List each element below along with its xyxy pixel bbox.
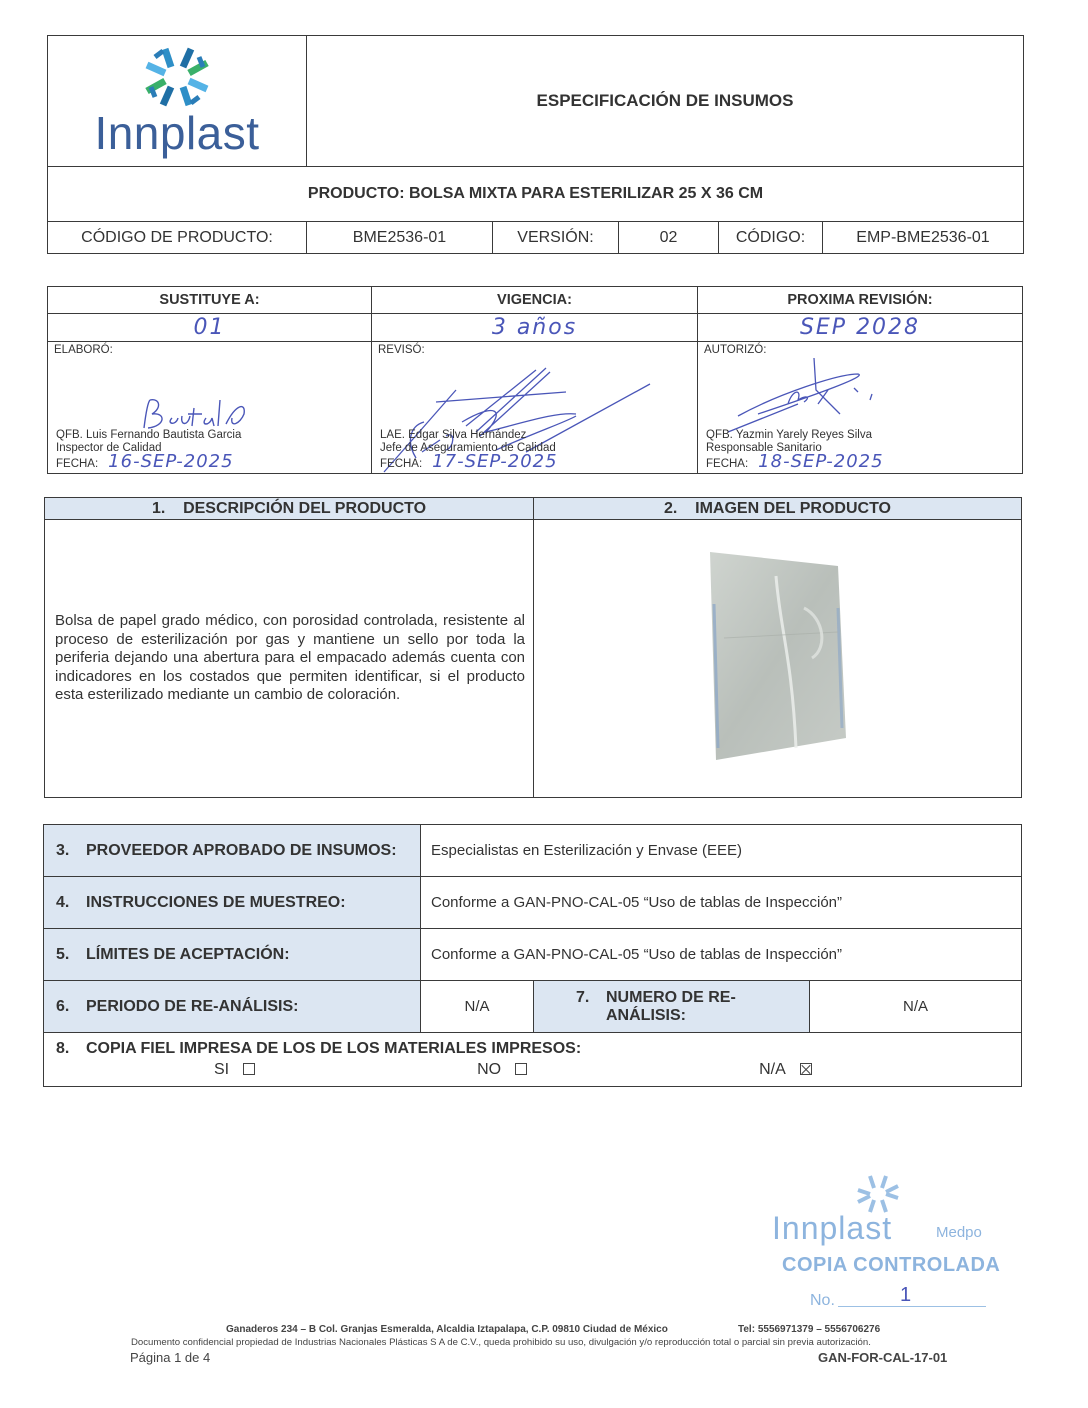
sampling-value: Conforme a GAN-PNO-CAL-05 “Uso de tablas… xyxy=(421,877,1022,929)
faithful-copy-options: SI NO N/A xyxy=(86,1061,1021,1079)
product-code-label: CÓDIGO DE PRODUCTO: xyxy=(48,222,307,254)
reanalysis-period-label: 6.PERIODO DE RE-ANÁLISIS: xyxy=(44,981,421,1033)
checkbox-na-checked[interactable] xyxy=(800,1063,812,1075)
footer-confidential: Documento confidencial propiedad de Indu… xyxy=(131,1337,871,1348)
supplier-value: Especialistas en Esterilización y Envase… xyxy=(421,825,1022,877)
option-na[interactable]: N/A xyxy=(759,1061,812,1079)
signer-name: QFB. Luis Fernando Bautista Garcia xyxy=(56,429,241,442)
snowflake-stamp-icon xyxy=(856,1174,900,1214)
stamp-number-value: 1 xyxy=(900,1284,911,1307)
limits-label: 5.LÍMITES DE ACEPTACIÓN: xyxy=(44,929,421,981)
validity-header: VIGENCIA: xyxy=(372,287,698,314)
reanalysis-number-value: N/A xyxy=(810,981,1022,1033)
description-header: 1. DESCRIPCIÓN DEL PRODUCTO xyxy=(45,498,534,520)
signed-date: 18-SEP-2025 xyxy=(758,451,883,472)
stamp-number-line xyxy=(838,1306,986,1307)
role-label: ELABORÓ: xyxy=(54,344,365,356)
approvals-table: SUSTITUYE A: VIGENCIA: PROXIMA REVISIÓN:… xyxy=(47,286,1023,474)
footer-address: Ganaderos 234 – B Col. Granjas Esmeralda… xyxy=(226,1324,668,1335)
date-label: FECHA: xyxy=(56,458,98,470)
controlled-copy-stamp: Innplast Medpo COPIA CONTROLADA No. 1 xyxy=(770,1172,1030,1320)
reanalysis-number-label: 7.NUMERO DE RE-ANÁLISIS: xyxy=(534,981,810,1033)
logo-cell: Innplast xyxy=(48,36,307,167)
product-photo xyxy=(704,548,854,770)
description-image-table: 1. DESCRIPCIÓN DEL PRODUCTO 2. IMAGEN DE… xyxy=(44,497,1022,798)
footer-phone: Tel: 5556971379 – 5556706276 xyxy=(738,1324,880,1335)
next-review-header: PROXIMA REVISIÓN: xyxy=(698,287,1023,314)
logo-wordmark: Innplast xyxy=(94,110,259,156)
signed-date: 17-SEP-2025 xyxy=(432,451,557,472)
form-code: GAN-FOR-CAL-17-01 xyxy=(818,1350,947,1365)
specification-table: 3.PROVEEDOR APROBADO DE INSUMOS: Especia… xyxy=(43,824,1022,1087)
stamp-partner: Medpo xyxy=(936,1224,982,1241)
version-label: VERSIÓN: xyxy=(493,222,619,254)
signer-elaboro: ELABORÓ: QFB. Luis Fernando Bautista Gar… xyxy=(48,342,372,474)
signature-icon xyxy=(718,354,898,434)
signer-name: QFB. Yazmin Yarely Reyes Silva xyxy=(706,429,884,442)
checkbox-si[interactable] xyxy=(243,1063,255,1075)
snowflake-logo-icon xyxy=(142,46,212,108)
product-name: PRODUCTO: BOLSA MIXTA PARA ESTERILIZAR 2… xyxy=(48,167,1024,222)
limits-value: Conforme a GAN-PNO-CAL-05 “Uso de tablas… xyxy=(421,929,1022,981)
signer-reviso: REVISÓ: LAE. Edgar Silva Hernández Jefe … xyxy=(372,342,698,474)
signed-date: 16-SEP-2025 xyxy=(108,451,233,472)
checkbox-no[interactable] xyxy=(515,1063,527,1075)
stamp-number-label: No. xyxy=(810,1292,835,1310)
image-cell xyxy=(534,520,1022,798)
next-review-value: SEP 2028 xyxy=(698,314,1023,342)
signer-name: LAE. Edgar Silva Hernández xyxy=(380,429,558,442)
document-header: Innplast ESPECIFICACIÓN DE INSUMOS PRODU… xyxy=(47,35,1024,254)
product-description: Bolsa de papel grado médico, con porosid… xyxy=(45,612,533,705)
signer-info: QFB. Yazmin Yarely Reyes Silva Responsab… xyxy=(706,429,884,471)
signer-info: QFB. Luis Fernando Bautista Garcia Inspe… xyxy=(56,429,241,471)
replaces-header: SUSTITUYE A: xyxy=(48,287,372,314)
replaces-value: 01 xyxy=(48,314,372,342)
image-header: 2. IMAGEN DEL PRODUCTO xyxy=(534,498,1022,520)
signer-autorizo: AUTORIZÓ: QFB. Yazmin Yarely Reyes Silva… xyxy=(698,342,1023,474)
supplier-label: 3.PROVEEDOR APROBADO DE INSUMOS: xyxy=(44,825,421,877)
signer-info: LAE. Edgar Silva Hernández Jefe de Asegu… xyxy=(380,429,558,471)
date-label: FECHA: xyxy=(706,458,748,470)
date-label: FECHA: xyxy=(380,458,422,470)
option-no[interactable]: NO xyxy=(477,1061,527,1079)
stamp-text: COPIA CONTROLADA xyxy=(782,1254,1000,1277)
company-logo: Innplast xyxy=(94,46,259,156)
reanalysis-period-value: N/A xyxy=(421,981,534,1033)
code-value: EMP-BME2536-01 xyxy=(823,222,1024,254)
code-label: CÓDIGO: xyxy=(719,222,823,254)
role-label: REVISÓ: xyxy=(378,344,691,356)
stamp-brand: Innplast xyxy=(772,1210,892,1247)
validity-value: 3 años xyxy=(372,314,698,342)
document-title: ESPECIFICACIÓN DE INSUMOS xyxy=(307,36,1024,167)
sampling-label: 4.INSTRUCCIONES DE MUESTREO: xyxy=(44,877,421,929)
page-number: Página 1 de 4 xyxy=(130,1350,210,1365)
option-si[interactable]: SI xyxy=(214,1061,255,1079)
description-cell: Bolsa de papel grado médico, con porosid… xyxy=(45,520,534,798)
faithful-copy-row: 8.COPIA FIEL IMPRESA DE LOS DE LOS MATER… xyxy=(44,1033,1022,1087)
product-code-value: BME2536-01 xyxy=(307,222,493,254)
version-value: 02 xyxy=(619,222,719,254)
faithful-copy-label: 8.COPIA FIEL IMPRESA DE LOS DE LOS MATER… xyxy=(86,1040,1021,1058)
